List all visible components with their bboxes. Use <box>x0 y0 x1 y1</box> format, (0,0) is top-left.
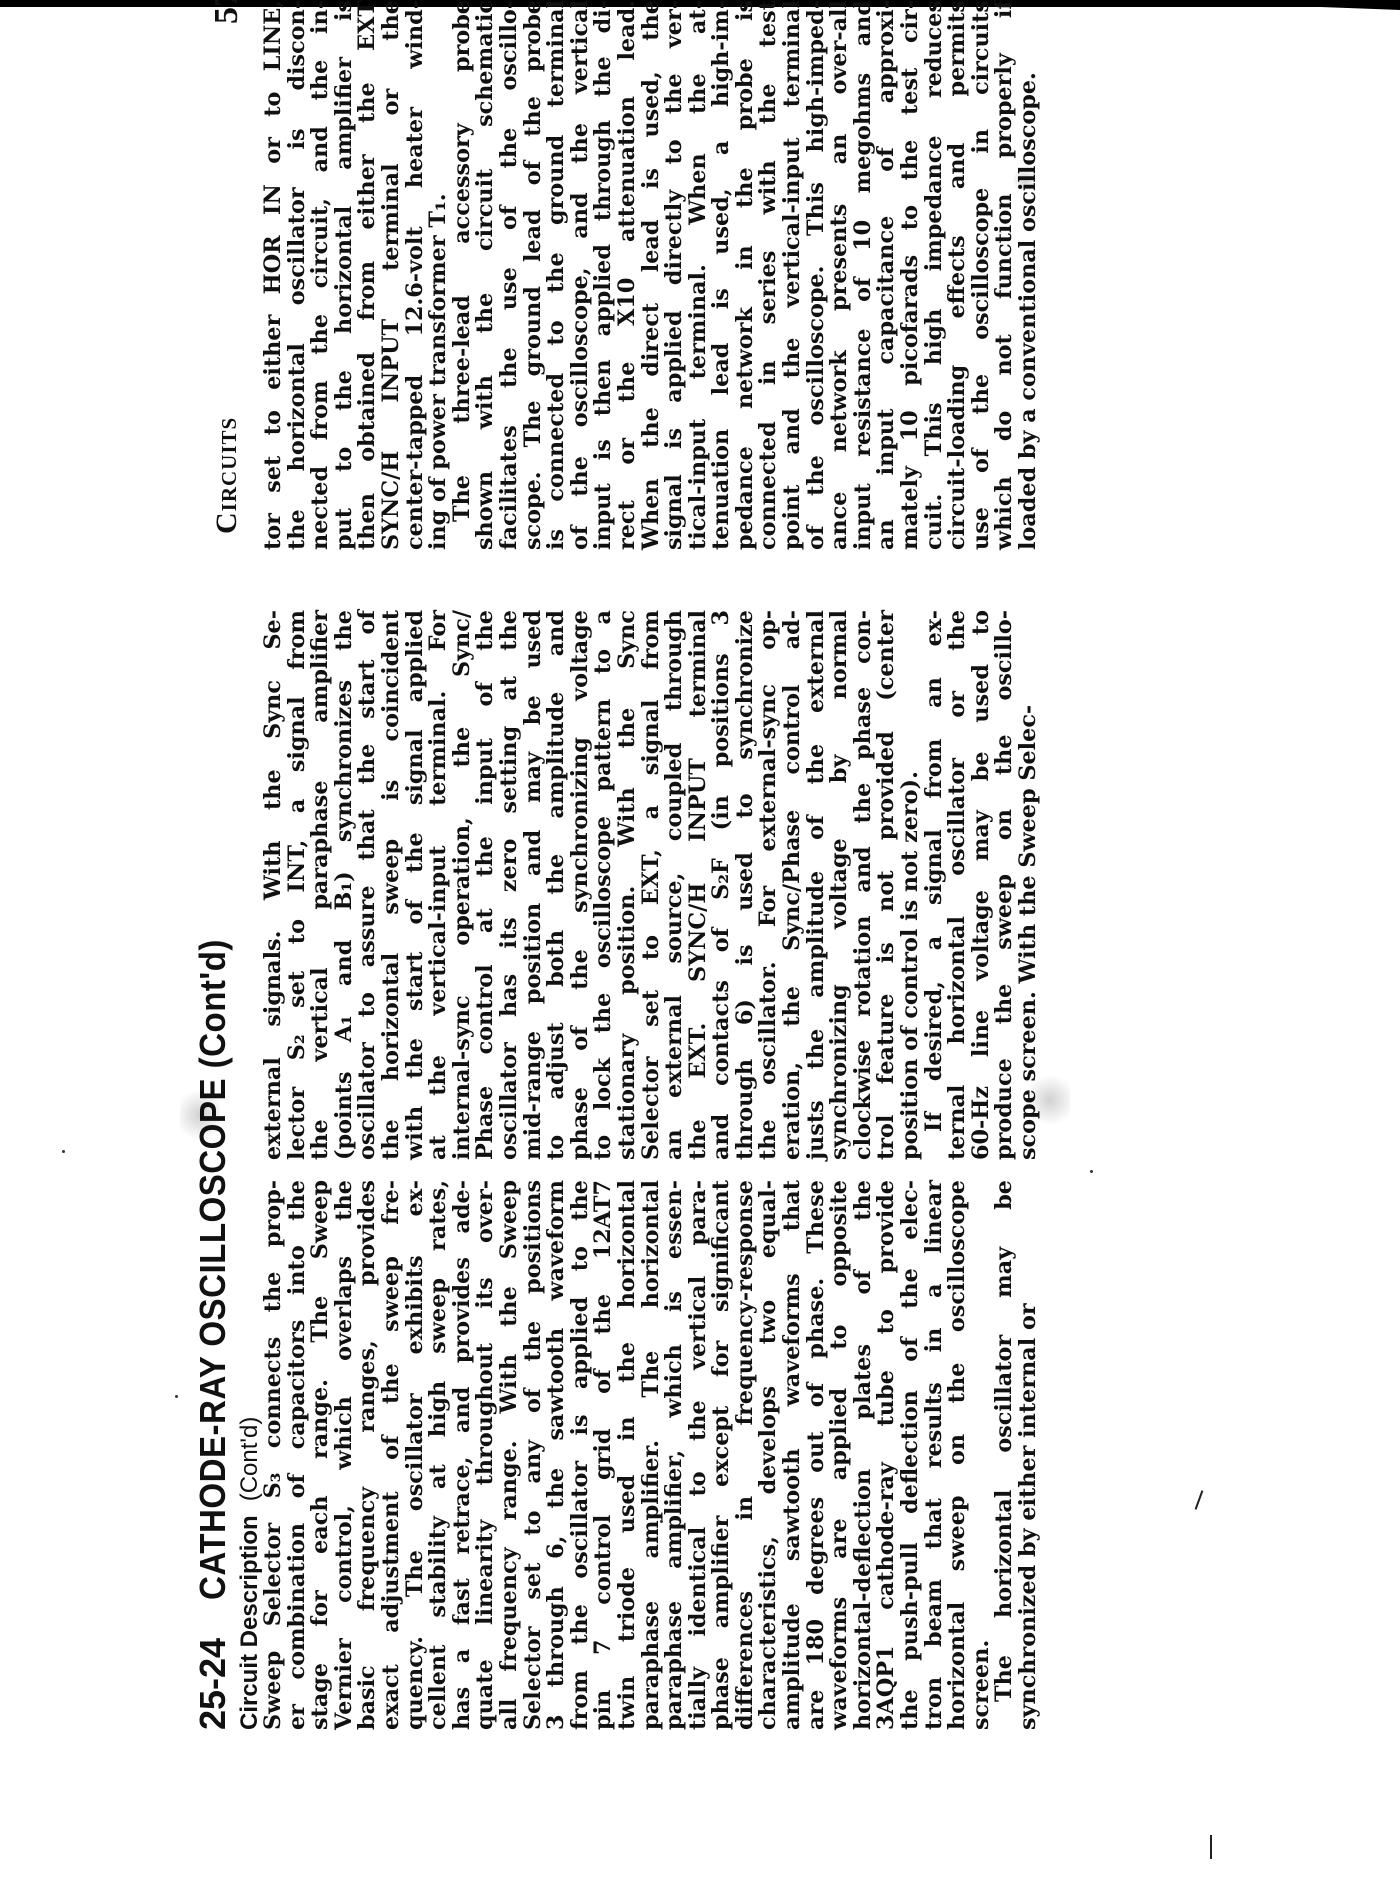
text-line: which do not function properly if <box>993 0 1017 550</box>
text-line: facilitates the use of the oscillo- <box>498 0 522 550</box>
text-line: are 180 degrees out of phase. These <box>805 1180 829 1730</box>
text-line: screen. <box>970 1180 994 1730</box>
text-line: waveforms are applied to opposite <box>828 1180 852 1730</box>
text-line: circuit-loading effects and permits <box>946 0 970 550</box>
text-line: input is then applied through the di- <box>592 0 616 550</box>
text-line: differences in frequency-response <box>734 1180 758 1730</box>
text-line: ing of power transformer T₁. <box>427 0 451 550</box>
text-line: 60-Hz line voltage may be used to <box>970 610 994 1160</box>
scan-smudge <box>180 1085 220 1145</box>
text-line: The three-lead accessory probe <box>451 0 475 550</box>
text-line: from the oscillator is applied to the <box>569 1180 593 1730</box>
text-line: tially identical to the vertical para- <box>687 1180 711 1730</box>
text-line: synchronized by either internal or <box>1017 1180 1041 1730</box>
text-line: stationary position. With the Sync <box>616 610 640 1160</box>
text-line: cellent stability at high sweep rates, <box>427 1180 451 1730</box>
text-line: Selector set to any of the positions <box>522 1180 546 1730</box>
text-column-3: tor set to either HOR IN or to LINE,the … <box>262 0 1041 550</box>
article-number: 25-24 <box>192 1638 233 1730</box>
text-line: Sweep Selector S₃ connects the prop- <box>262 1180 286 1730</box>
subhead-continued: (Cont'd) <box>236 1417 263 1502</box>
scan-speck <box>175 1395 178 1398</box>
text-column-2: external signals. With the Sync Se-lecto… <box>262 610 1041 1160</box>
article-title: CATHODE-RAY OSCILLOSCOPE (Cont'd) <box>192 939 234 1600</box>
text-line: stage for each range. The Sweep <box>309 1180 333 1730</box>
text-line: Vernier control, which overlaps the <box>333 1180 357 1730</box>
text-line: Selector set to EXT, a signal from <box>640 610 664 1160</box>
text-line: then obtained from either the EXT <box>356 0 380 550</box>
text-line: When the direct lead is used, the <box>640 0 664 550</box>
scan-speck <box>62 1150 65 1153</box>
text-line: mately 10 picofarads to the test cir- <box>899 0 923 550</box>
text-line: mid-range position and may be used <box>522 610 546 1160</box>
text-line: point and the vertical-input terminal <box>781 0 805 550</box>
text-line: connected in series with the test <box>757 0 781 550</box>
text-line: the push-pull deflection of the elec- <box>899 1180 923 1730</box>
text-line: the horizontal oscillator is discon- <box>286 0 310 550</box>
text-line: tenuation lead is used, a high-im- <box>710 0 734 550</box>
page-number: 577 <box>208 0 246 24</box>
text-line: er combination of capacitors into the <box>286 1180 310 1730</box>
text-line: cuit. This high impedance reduces <box>923 0 947 550</box>
text-line: an input capacitance of approxi- <box>875 0 899 550</box>
text-line: rect or the X10 attenuation lead. <box>616 0 640 550</box>
text-column-1: Sweep Selector S₃ connects the prop-er c… <box>262 1180 1041 1730</box>
text-line: twin triode used in the horizontal <box>616 1180 640 1730</box>
text-line: horizontal sweep on the oscilloscope <box>946 1180 970 1730</box>
text-line: phase amplifier except for significant <box>710 1180 734 1730</box>
text-line: horizontal-deflection plates of the <box>852 1180 876 1730</box>
text-line: of the oscilloscope. This high-imped- <box>805 0 829 550</box>
text-line: to lock the oscilloscope pattern to a <box>592 610 616 1160</box>
text-line: has a fast retrace, and provides ade- <box>451 1180 475 1730</box>
text-line: scope. The ground lead of the probe <box>522 0 546 550</box>
text-line: phase of the synchronizing voltage <box>569 610 593 1160</box>
article-heading: 25-24CATHODE-RAY OSCILLOSCOPE (Cont'd) <box>192 882 234 1730</box>
text-line: put to the horizontal amplifier is <box>333 0 357 550</box>
text-line: through 6) is used to synchronize <box>734 610 758 1160</box>
text-line: input resistance of 10 megohms and <box>852 0 876 550</box>
rotated-book-page: Circuits 577 25-24CATHODE-RAY OSCILLOSCO… <box>200 0 1200 1730</box>
text-line: and contacts of S₂F (in positions 3 <box>710 610 734 1160</box>
text-line: all frequency range. With the Sweep <box>498 1180 522 1730</box>
text-line: characteristics, develops two equal- <box>757 1180 781 1730</box>
text-line: is connected to the ground terminal <box>545 0 569 550</box>
text-line: pin 7 control grid of the 12AT7 <box>592 1180 616 1730</box>
text-line: justs the amplitude of the external <box>805 610 829 1160</box>
text-line: exact adjustment of the sweep fre- <box>380 1180 404 1730</box>
text-line: the horizontal sweep is coincident <box>380 610 404 1160</box>
text-line: at the vertical-input terminal. For <box>427 610 451 1160</box>
text-line: paraphase amplifier, which is essen- <box>663 1180 687 1730</box>
text-line: the EXT. SYNC/H INPUT terminal <box>687 610 711 1160</box>
text-line: quate linearity throughout its over- <box>474 1180 498 1730</box>
scan-smudge <box>1010 170 1040 190</box>
text-line: center-tapped 12.6-volt heater wind- <box>404 0 428 550</box>
text-line: If desired, a signal from an ex- <box>923 610 947 1160</box>
text-line: clockwise rotation and the phase con- <box>852 610 876 1160</box>
text-line: The horizontal oscillator may be <box>993 1180 1017 1730</box>
text-line: pedance network in the probe is <box>734 0 758 550</box>
text-line: an external source, coupled through <box>663 610 687 1160</box>
text-line: ternal horizontal oscillator or the <box>946 610 970 1160</box>
text-line: 3 through 6, the sawtooth waveform <box>545 1180 569 1730</box>
text-line: internal-sync operation, the Sync/ <box>451 610 475 1160</box>
text-line: with the start of the signal applied <box>404 610 428 1160</box>
text-line: tron beam that results in a linear <box>923 1180 947 1730</box>
running-head-section: Circuits <box>210 417 244 534</box>
text-line: position of control is not zero). <box>899 610 923 1160</box>
text-line: oscillator has its zero setting at the <box>498 610 522 1160</box>
text-line: loaded by a conventional oscilloscope. <box>1017 0 1041 550</box>
text-line: shown with the circuit schematic <box>474 0 498 550</box>
text-line: ance network presents an over-all <box>828 0 852 550</box>
text-line: external signals. With the Sync Se- <box>262 610 286 1160</box>
scan-speck <box>660 1520 663 1523</box>
text-line: the oscillator. For external-sync op- <box>757 610 781 1160</box>
text-line: amplitude sawtooth waveforms that <box>781 1180 805 1730</box>
text-line: trol feature is not provided (center <box>875 610 899 1160</box>
text-line: 3AQP1 cathode-ray tube to provide <box>875 1180 899 1730</box>
text-line: basic frequency ranges, provides <box>356 1180 380 1730</box>
text-line: to adjust both the amplitude and <box>545 610 569 1160</box>
text-line: Phase control at the input of the <box>474 610 498 1160</box>
text-line: tical-input terminal. When the at- <box>687 0 711 550</box>
text-line: use of the oscilloscope in circuits <box>970 0 994 550</box>
subhead-label: Circuit Description <box>236 1515 263 1730</box>
text-line: quency. The oscillator exhibits ex- <box>404 1180 428 1730</box>
text-line: tor set to either HOR IN or to LINE, <box>262 0 286 550</box>
text-line: produce the sweep on the oscillo- <box>993 610 1017 1160</box>
scan-margin-mark <box>1210 1835 1212 1859</box>
text-line: oscillator to assure that the start of <box>356 610 380 1160</box>
text-line: (points A₁ and B₁) synchronizes the <box>333 610 357 1160</box>
scan-speck <box>1090 1170 1093 1173</box>
text-line: of the oscilloscope, and the vertical <box>569 0 593 550</box>
text-line: synchronizing voltage by normal <box>828 610 852 1160</box>
scan-smudge <box>1030 1070 1070 1130</box>
text-line: eration, the Sync/Phase control ad- <box>781 610 805 1160</box>
text-line: the vertical paraphase amplifier <box>309 610 333 1160</box>
text-line: nected from the circuit, and the in- <box>309 0 333 550</box>
text-line: paraphase amplifier. The horizontal <box>640 1180 664 1730</box>
text-line: SYNC/H INPUT terminal or the <box>380 0 404 550</box>
text-line: signal is applied directly to the ver- <box>663 0 687 550</box>
text-line: lector S₂ set to INT, a signal from <box>286 610 310 1160</box>
